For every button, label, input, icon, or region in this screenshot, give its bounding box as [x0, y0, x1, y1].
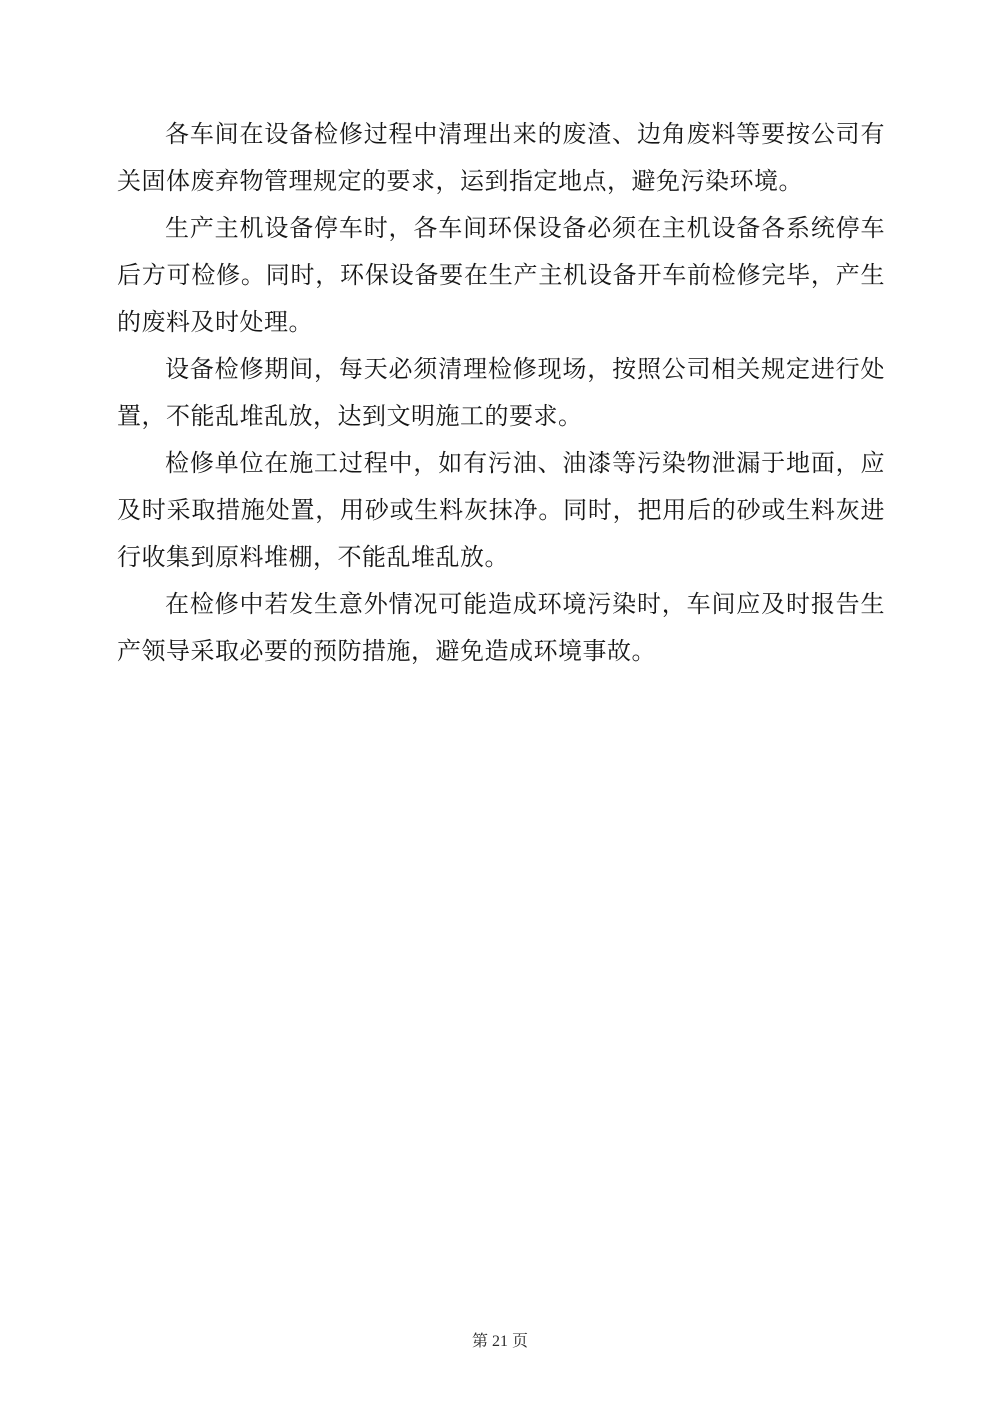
- paragraph: 设备检修期间，每天必须清理检修现场，按照公司相关规定进行处置，不能乱堆乱放，达到…: [117, 347, 885, 441]
- paragraph: 生产主机设备停车时，各车间环保设备必须在主机设备各系统停车后方可检修。同时，环保…: [117, 206, 885, 347]
- paragraph: 检修单位在施工过程中，如有污油、油漆等污染物泄漏于地面，应及时采取措施处置，用砂…: [117, 441, 885, 582]
- paragraph: 在检修中若发生意外情况可能造成环境污染时，车间应及时报告生产领导采取必要的预防措…: [117, 582, 885, 676]
- document-page: 各车间在设备检修过程中清理出来的废渣、边角废料等要按公司有关固体废弃物管理规定的…: [0, 0, 1000, 1415]
- page-footer: 第 21 页: [0, 1330, 1000, 1354]
- page-number: 第 21 页: [472, 1333, 528, 1350]
- paragraph: 各车间在设备检修过程中清理出来的废渣、边角废料等要按公司有关固体废弃物管理规定的…: [117, 112, 885, 206]
- document-body-text: 各车间在设备检修过程中清理出来的废渣、边角废料等要按公司有关固体废弃物管理规定的…: [117, 0, 885, 676]
